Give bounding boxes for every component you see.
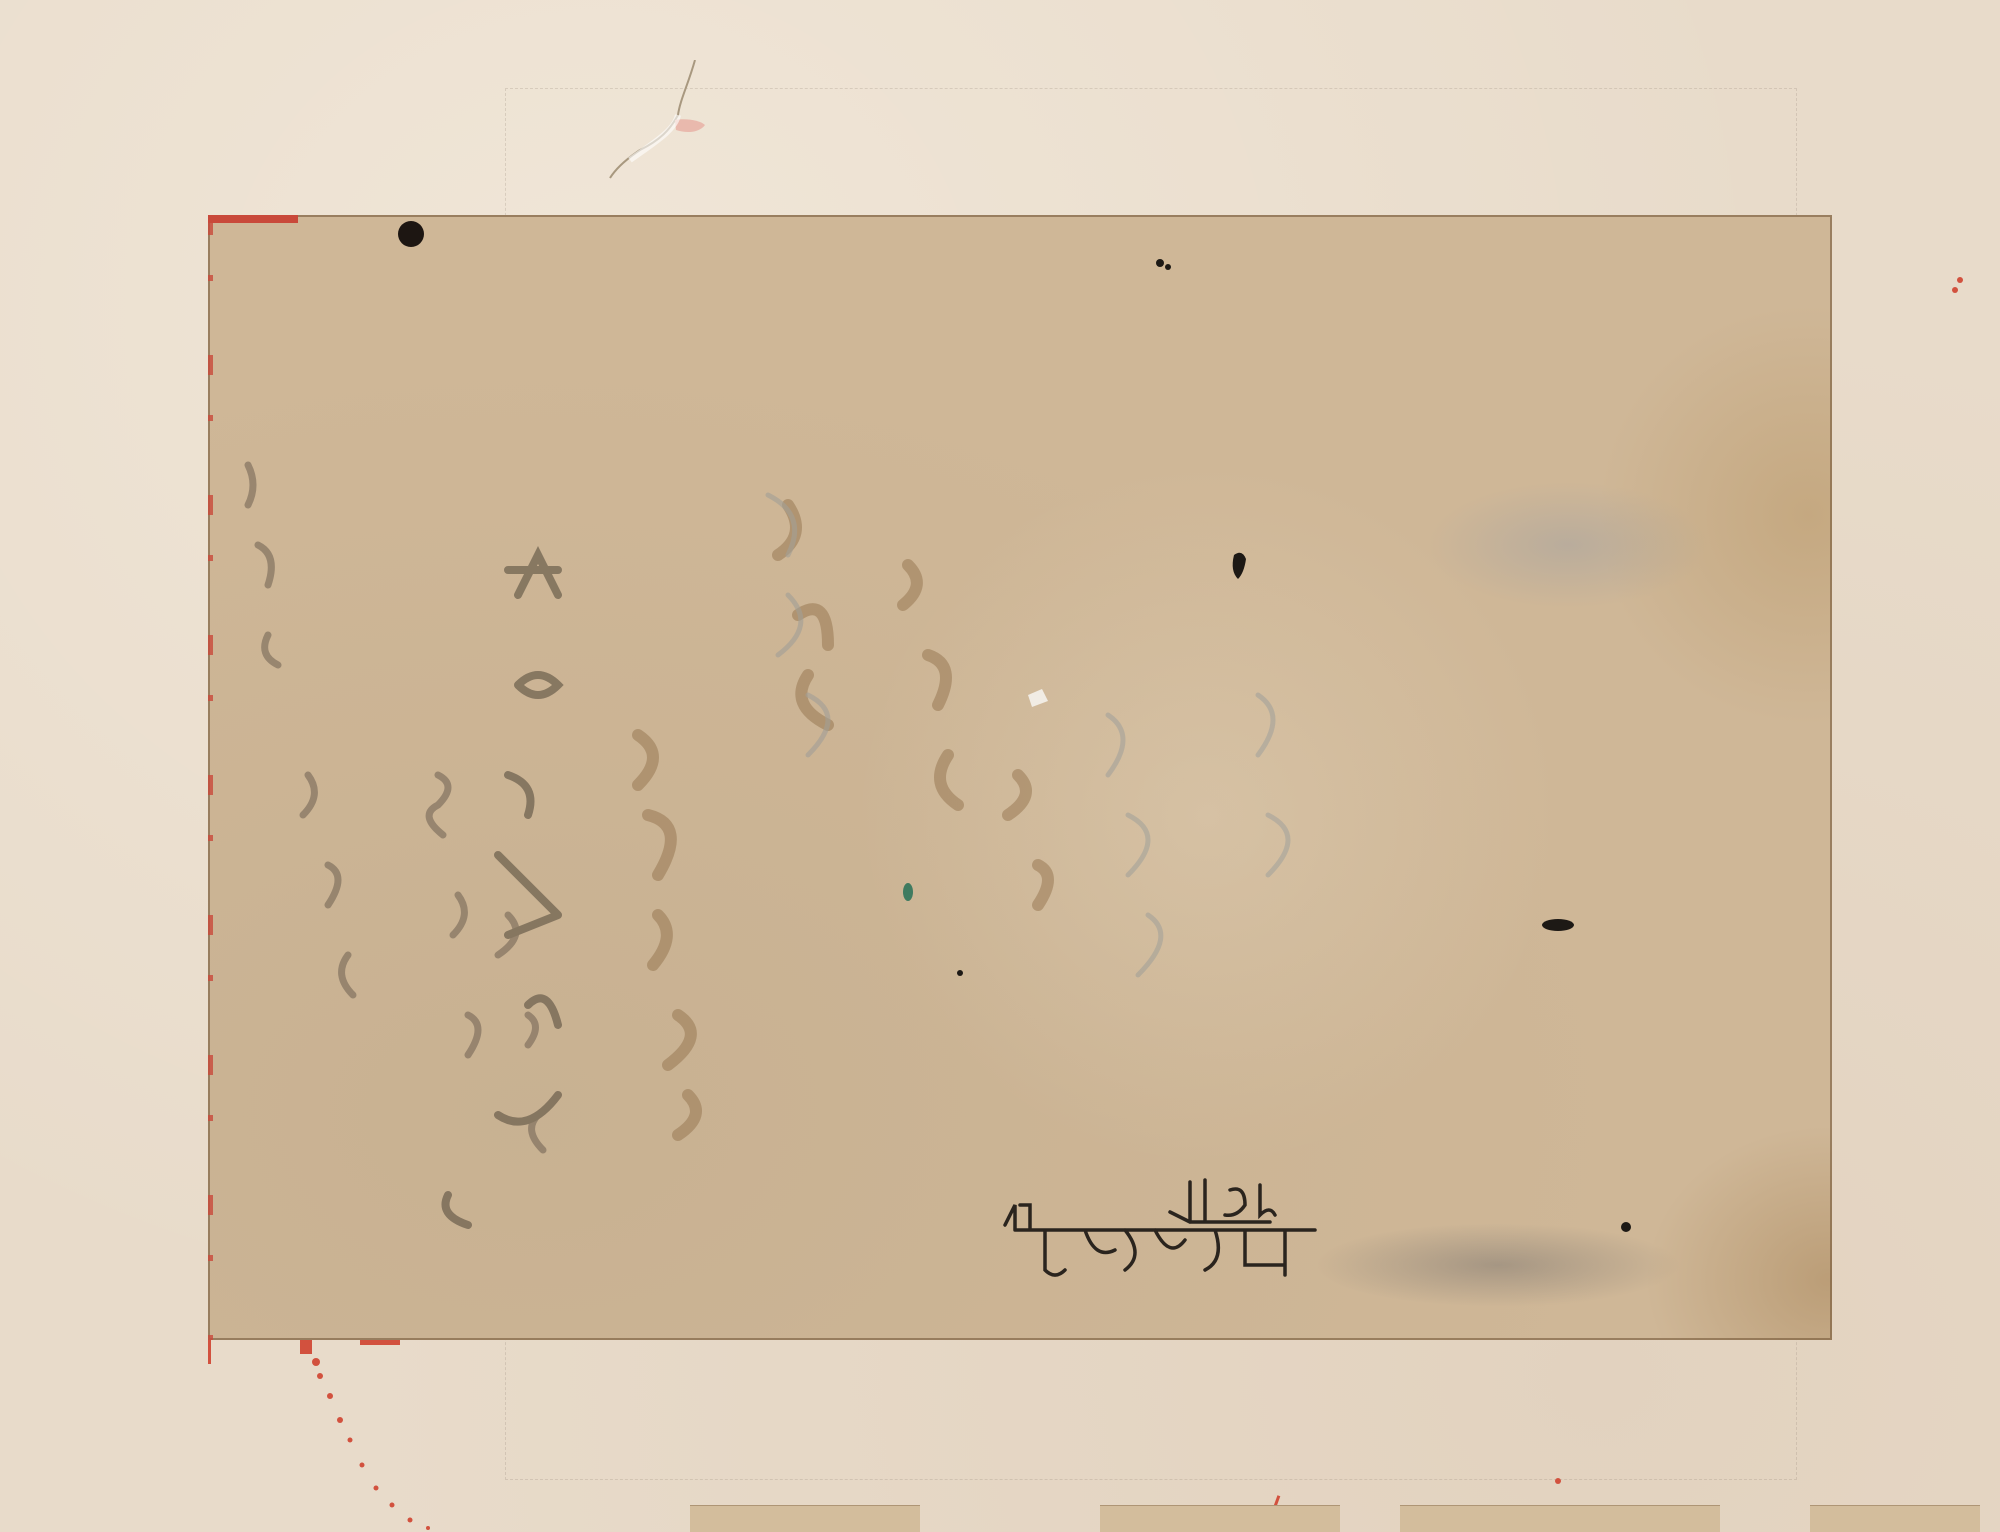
mount-bottom-strip bbox=[1400, 1505, 1720, 1532]
mount-bottom-strip bbox=[1810, 1505, 1980, 1532]
mount-bottom-strip bbox=[690, 1505, 920, 1532]
mount-board: Back of mounted manuscript page bbox=[0, 0, 2000, 1532]
ink-inscription bbox=[985, 1170, 1325, 1280]
mount-bottom-strip bbox=[1100, 1505, 1340, 1532]
manuscript-paper bbox=[208, 215, 1832, 1340]
